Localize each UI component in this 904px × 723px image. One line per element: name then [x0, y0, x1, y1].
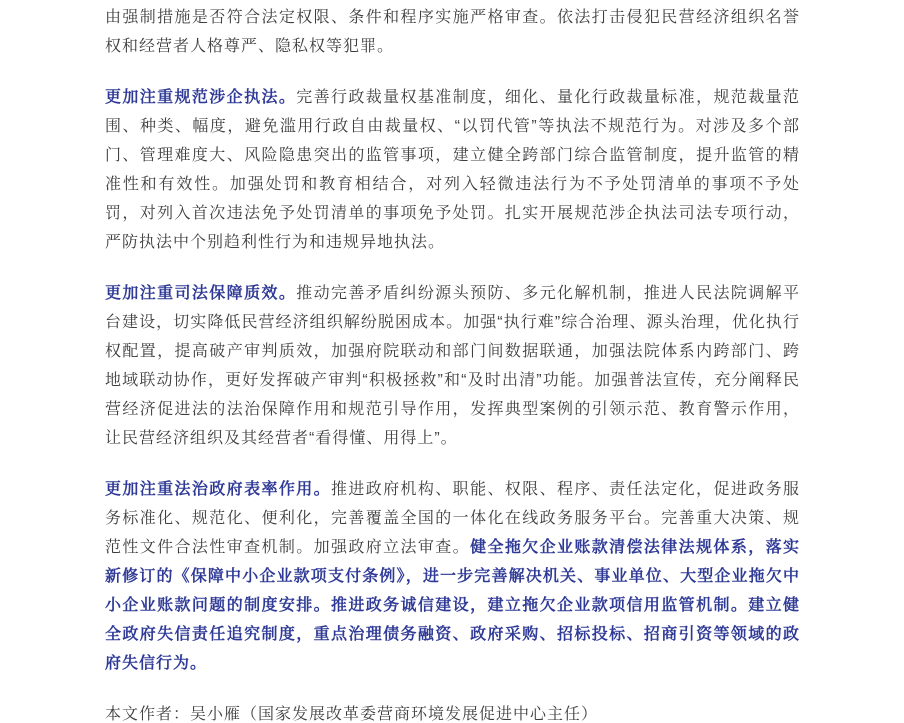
- article-body: 由强制措施是否符合法定权限、条件和程序实施严格审查。依法打击侵犯民营经济组织名誉…: [0, 0, 904, 723]
- emphasis-text: 更加注重法治政府表率作用。: [105, 481, 331, 498]
- emphasis-text: 健全拖欠企业账款清偿法律法规体系，落实新修订的《保障中小企业款项支付条例》，进一…: [105, 539, 800, 672]
- body-text: 完善行政裁量权基准制度，细化、量化行政裁量标准，规范裁量范围、种类、幅度，避免滥…: [105, 89, 800, 251]
- body-text: 本文作者：吴小雁（国家发展改革委营商环境发展促进中心主任）: [105, 706, 598, 723]
- article-paragraph: 更加注重规范涉企执法。完善行政裁量权基准制度，细化、量化行政裁量标准，规范裁量范…: [105, 83, 800, 257]
- author-line: 本文作者：吴小雁（国家发展改革委营商环境发展促进中心主任）: [105, 700, 800, 723]
- body-text: 推动完善矛盾纠纷源头预防、多元化解机制，推进人民法院调解平台建设，切实降低民营经…: [105, 285, 800, 447]
- emphasis-text: 更加注重规范涉企执法。: [105, 89, 296, 106]
- emphasis-text: 更加注重司法保障质效。: [105, 285, 296, 302]
- body-text: 由强制措施是否符合法定权限、条件和程序实施严格审查。依法打击侵犯民营经济组织名誉…: [105, 9, 800, 55]
- article-paragraph: 更加注重法治政府表率作用。推进政府机构、职能、权限、程序、责任法定化，促进政务服…: [105, 475, 800, 678]
- article-paragraph: 更加注重司法保障质效。推动完善矛盾纠纷源头预防、多元化解机制，推进人民法院调解平…: [105, 279, 800, 453]
- article-paragraph: 由强制措施是否符合法定权限、条件和程序实施严格审查。依法打击侵犯民营经济组织名誉…: [105, 3, 800, 61]
